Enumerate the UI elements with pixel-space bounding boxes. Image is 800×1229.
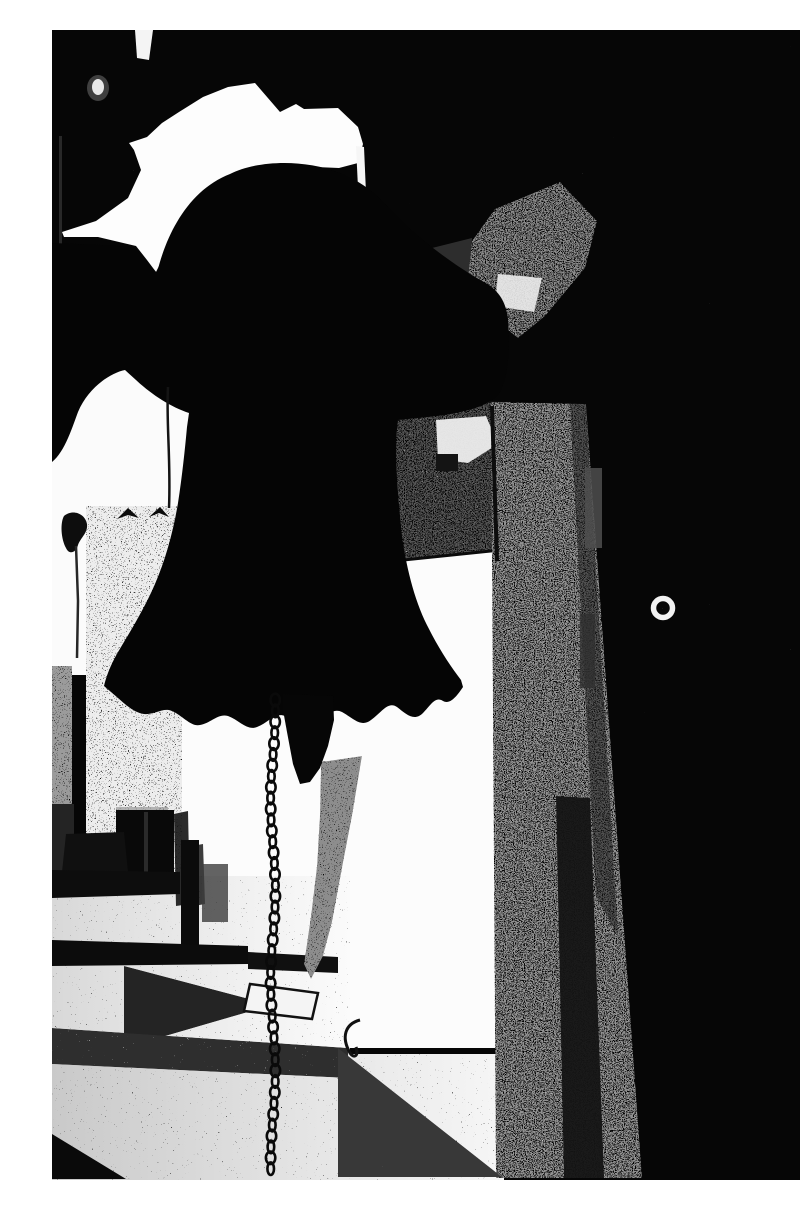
halftone-bell-photograph [40,16,800,1213]
wall-dark-notch [436,454,458,471]
shadow-streak-lower [580,614,595,688]
step-smudge [202,864,228,922]
step-dark-blob [62,832,128,872]
bell-photo-canvas [40,16,800,1213]
step-edge-1 [52,870,180,898]
window-mullion [144,812,148,874]
step-post [181,840,199,952]
beam-highlight [92,79,104,95]
shadow-streak-upper [585,468,602,548]
